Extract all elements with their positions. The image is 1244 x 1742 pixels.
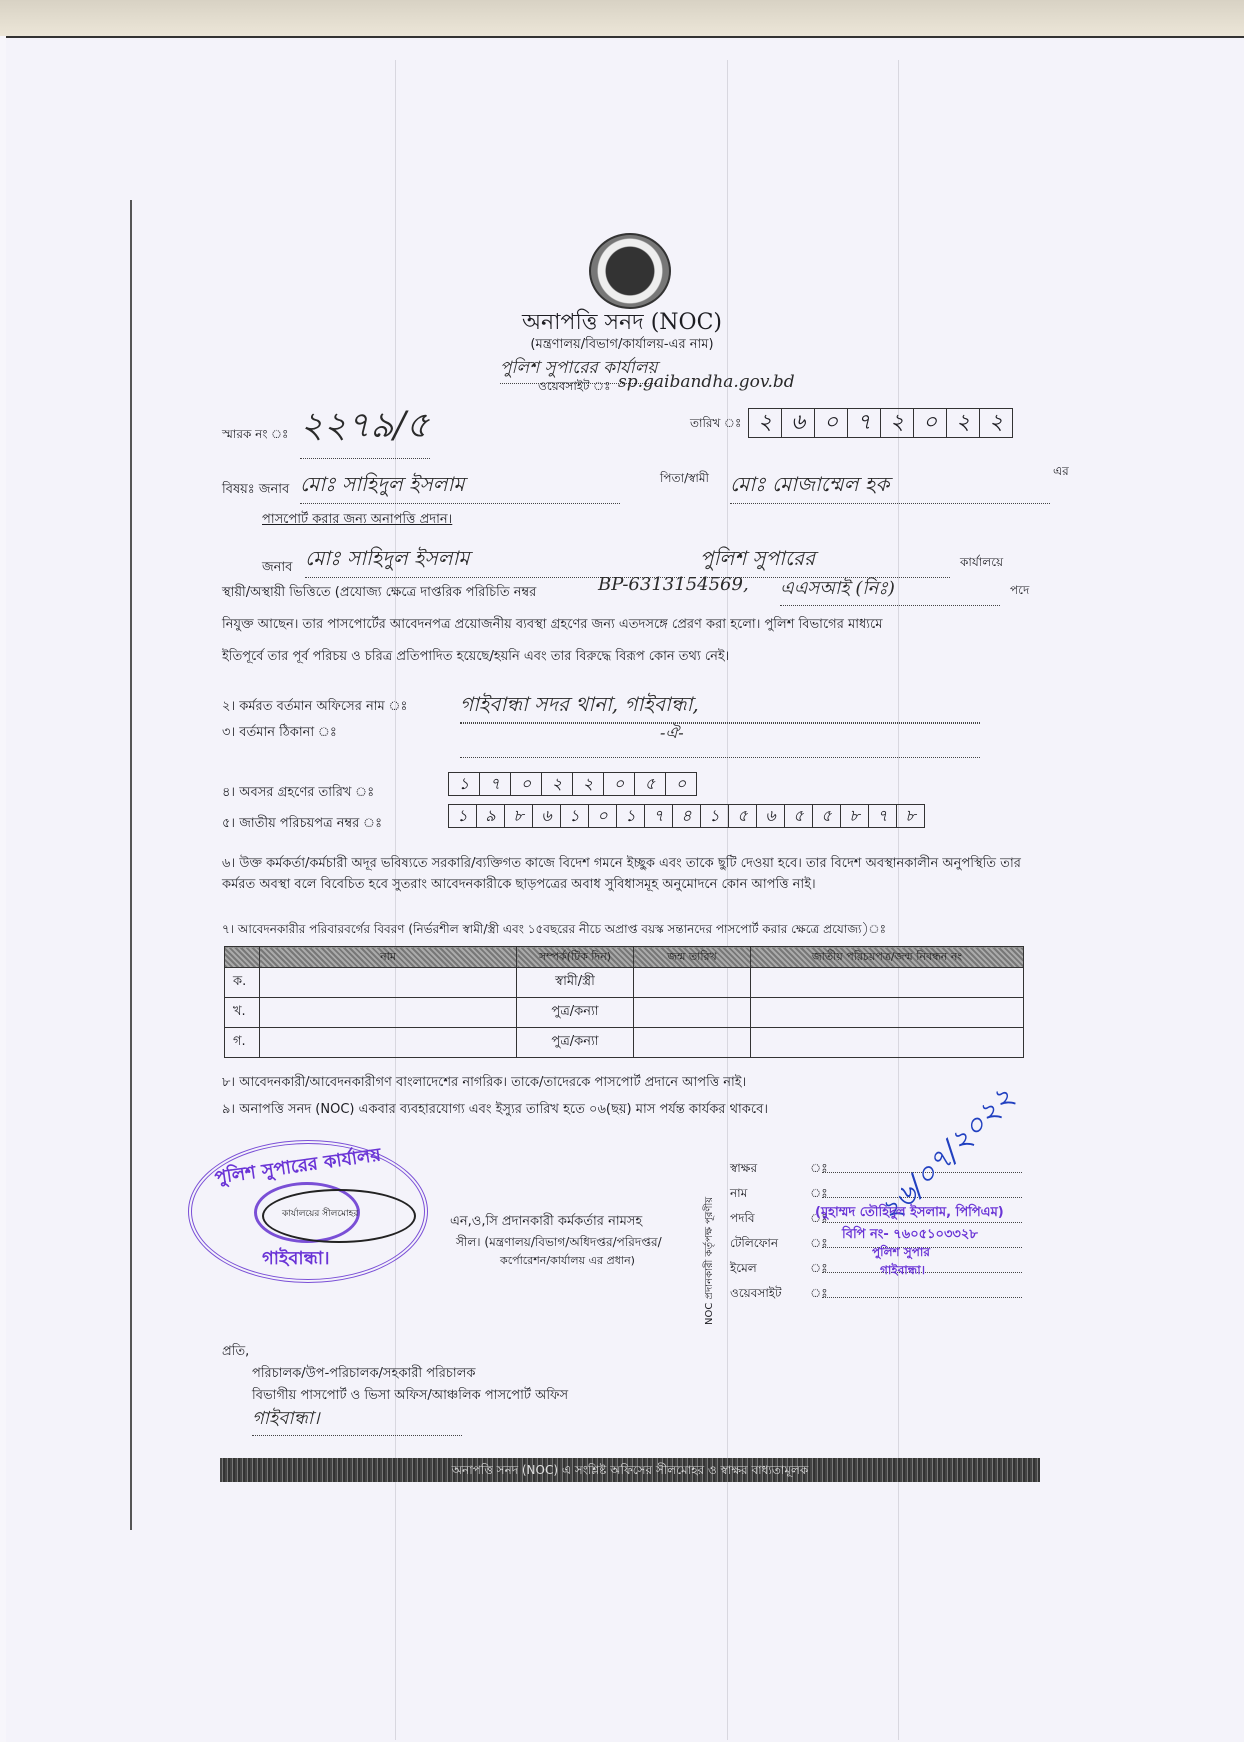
digit-box: ৫ — [635, 773, 666, 795]
digit-box: ৭ — [869, 805, 897, 827]
stamp-title: পুলিশ সুপার — [872, 1244, 930, 1264]
address-line — [460, 722, 980, 723]
row-serial: গ. — [225, 1028, 260, 1058]
family-name-cell[interactable] — [260, 1028, 517, 1058]
family-dob-cell[interactable] — [634, 1028, 751, 1058]
body-line2: স্থায়ী/অস্থায়ী ভিত্তিতে (প্রযোজ্য ক্ষে… — [222, 583, 536, 604]
item9-text: ৯। অনাপত্তি সনদ (NOC) একবার ব্যবহারযোগ্য… — [222, 1100, 768, 1121]
digit-box: ৮ — [841, 805, 869, 827]
recipient-line1: পরিচালক/উপ-পরিচালক/সহকারী পরিচালক — [252, 1364, 475, 1385]
signatory-vertical-label: NOC প্রদানকারী কর্তৃপক্ষ পূরণীয় — [702, 1197, 719, 1325]
document-subtitle: (মন্ত্রণালয়/বিভাগ/কার্যালয়-এর নাম) — [0, 335, 1244, 356]
digit-box: ৪ — [673, 805, 701, 827]
item5-label: ৫। জাতীয় পরিচয়পত্র নম্বর ঃ — [222, 814, 382, 835]
pode-label: পদে — [1010, 582, 1029, 602]
address-line — [460, 757, 980, 758]
table-row: ক. স্বামী/স্ত্রী — [225, 968, 1024, 998]
er-label: এর — [1053, 463, 1069, 483]
official-id: BP-6313154569, — [598, 574, 749, 595]
family-name-cell[interactable] — [260, 968, 517, 998]
stamp-place: গাইবান্ধা। — [880, 1262, 925, 1282]
colon: ঃ — [810, 1160, 828, 1180]
item2-label: ২। কর্মরত বর্তমান অফিসের নাম ঃ — [222, 697, 407, 718]
margin-line — [130, 200, 132, 1530]
scan-top-edge — [0, 0, 1244, 36]
website-label: ওয়েবসাইট ঃ — [538, 378, 611, 398]
body-line3: নিযুক্ত আছেন। তার পাসপোর্টের আবেদনপত্র প… — [222, 615, 882, 636]
website-value: sp.gaibandha.gov.bd — [618, 372, 795, 392]
nid-boxes: ১৯৮৬১০১৭৪১৫৬৫৫৮৭৮ — [448, 804, 925, 828]
digit-box: ১ — [449, 805, 477, 827]
recipient-line3: গাইবান্ধা। — [252, 1404, 462, 1436]
table-row: গ. পুত্র/কন্যা — [225, 1028, 1024, 1058]
family-name-cell[interactable] — [260, 998, 517, 1028]
digit-box: ৭ — [848, 409, 881, 437]
digit-box: ৬ — [757, 805, 785, 827]
digit-box: ৬ — [782, 409, 815, 437]
item3-label: ৩। বর্তমান ঠিকানা ঃ — [222, 723, 337, 744]
family-table: নাম সম্পর্ক(টিক দিন) জন্ম তারিখ জাতীয় প… — [224, 946, 1024, 1058]
stamp-bp: বিপি নং- ৭৬০৫১০৩৩২৮ — [842, 1225, 978, 1246]
col-dob: জন্ম তারিখ — [634, 947, 751, 968]
col-relation: সম্পর্ক(টিক দিন) — [517, 947, 634, 968]
body-janab: জনাব — [262, 558, 292, 579]
signatory-label: স্বাক্ষর — [730, 1160, 757, 1180]
digit-box: ২ — [749, 409, 782, 437]
colon: ঃ — [810, 1285, 828, 1305]
designation: এএসআই (নিঃ) — [780, 574, 1000, 606]
digit-box: ০ — [589, 805, 617, 827]
item8-text: ৮। আবেদনকারী/আবেদনকারীগণ বাংলাদেশের নাগর… — [222, 1073, 746, 1094]
retirement-date-boxes: ১৭০২২০৫০ — [448, 772, 697, 796]
family-nid-cell[interactable] — [751, 1028, 1024, 1058]
row-relation: পুত্র/কন্যা — [517, 998, 634, 1028]
family-dob-cell[interactable] — [634, 998, 751, 1028]
digit-box: ২ — [881, 409, 914, 437]
colon: ঃ — [810, 1260, 828, 1280]
office-seal-stamp: পুলিশ সুপারের কার্যালয় কার্যালয়ের সীলম… — [188, 1140, 428, 1283]
row-relation: পুত্র/কন্যা — [517, 1028, 634, 1058]
digit-box: ৯ — [477, 805, 505, 827]
digit-box: ০ — [914, 409, 947, 437]
row-serial: ক. — [225, 968, 260, 998]
seal-caption-3: কর্পোরেশন/কার্যালয় এর প্রধান) — [500, 1252, 635, 1271]
item2-value: গাইবান্ধা সদর থানা, গাইবান্ধা, — [460, 690, 980, 724]
digit-box: ০ — [511, 773, 542, 795]
recipient-prati: প্রতি, — [222, 1342, 249, 1363]
body-name: মোঃ সাহিদুল ইসলাম — [305, 544, 685, 578]
digit-box: ৭ — [645, 805, 673, 827]
item7-text: ৭। আবেদনকারীর পরিবারবর্গের বিবরণ (নির্ভর… — [222, 921, 886, 941]
seal-caption-1: এন,ও,সি প্রদানকারী কর্মকর্তার নামসহ — [450, 1212, 642, 1233]
digit-box: ২ — [980, 409, 1012, 437]
father-name: মোঃ মোজাম্মেল হক — [730, 470, 1050, 504]
row-serial: খ. — [225, 998, 260, 1028]
father-label: পিতা/স্বামী — [660, 470, 709, 490]
digit-box: ০ — [604, 773, 635, 795]
digit-box: ৬ — [533, 805, 561, 827]
seal-caption-2: সীল। (মন্ত্রণালয়/বিভাগ/অধিদপ্তর/পরিদপ্ত… — [456, 1234, 662, 1254]
row-relation: স্বামী/স্ত্রী — [517, 968, 634, 998]
digit-box: ৫ — [729, 805, 757, 827]
family-nid-cell[interactable] — [751, 968, 1024, 998]
memo-label: স্মারক নং ঃ — [222, 426, 288, 446]
seal-bottom-text: গাইবান্ধা। — [262, 1244, 330, 1275]
digit-box: ২ — [542, 773, 573, 795]
subject-label: বিষয়ঃ জনাব — [222, 480, 289, 501]
signatory-label: নাম — [730, 1185, 747, 1205]
digit-box: ০ — [666, 773, 696, 795]
digit-box: ২ — [947, 409, 980, 437]
col-name: নাম — [260, 947, 517, 968]
signatory-label: ইমেল — [730, 1260, 757, 1280]
signatory-field-line[interactable] — [822, 1297, 1022, 1298]
family-dob-cell[interactable] — [634, 968, 751, 998]
item3-value: -ঐ- — [660, 720, 684, 747]
subject-line2: পাসপোর্ট করার জন্য অনাপত্তি প্রদান। — [262, 510, 452, 531]
body-office: পুলিশ সুপারের — [700, 544, 950, 578]
family-nid-cell[interactable] — [751, 998, 1024, 1028]
colon: ঃ — [810, 1235, 828, 1255]
signatory-label: পদবি — [730, 1210, 755, 1230]
signatory-label: ওয়েবসাইট — [730, 1285, 782, 1305]
digit-box: ৫ — [785, 805, 813, 827]
seal-inner-text: কার্যালয়ের সীলমোহর — [282, 1206, 358, 1221]
digit-box: ১ — [617, 805, 645, 827]
footer-note: অনাপত্তি সনদ (NOC) এ সংশ্লিষ্ট অফিসের সী… — [220, 1458, 1040, 1482]
digit-box: ০ — [815, 409, 848, 437]
table-row: খ. পুত্র/কন্যা — [225, 998, 1024, 1028]
date-label: তারিখ ঃ — [690, 415, 741, 435]
digit-box: ১ — [449, 773, 480, 795]
government-emblem-icon — [589, 233, 671, 309]
date-boxes: ২৬০৭২০২২ — [748, 408, 1013, 438]
subject-name: মোঃ সাহিদুল ইসলাম — [300, 470, 620, 504]
body-line4: ইতিপূর্বে তার পূর্ব পরিচয় ও চরিত্র প্রত… — [222, 647, 729, 668]
stamp-name: (মুহাম্মদ তৌহিদুল ইসলাম, পিপিএম) — [815, 1203, 1004, 1224]
digit-box: ৫ — [813, 805, 841, 827]
body-karyalaye: কার্যালয়ে — [960, 554, 1003, 574]
digit-box: ৮ — [897, 805, 924, 827]
digit-box: ১ — [561, 805, 589, 827]
memo-number: ২২৭৯/৫ — [300, 398, 430, 459]
signatory-label: টেলিফোন — [730, 1235, 778, 1255]
item6-text: ৬। উক্ত কর্মকর্তা/কর্মচারী অদূর ভবিষ্যতে… — [222, 853, 1052, 895]
col-nid: জাতীয় পরিচয়পত্র/জন্ম নিবন্ধন নং — [751, 947, 1024, 968]
digit-box: ১ — [701, 805, 729, 827]
colon: ঃ — [810, 1185, 828, 1205]
digit-box: ৭ — [480, 773, 511, 795]
item4-label: ৪। অবসর গ্রহণের তারিখ ঃ — [222, 783, 374, 804]
digit-box: ৮ — [505, 805, 533, 827]
digit-box: ২ — [573, 773, 604, 795]
